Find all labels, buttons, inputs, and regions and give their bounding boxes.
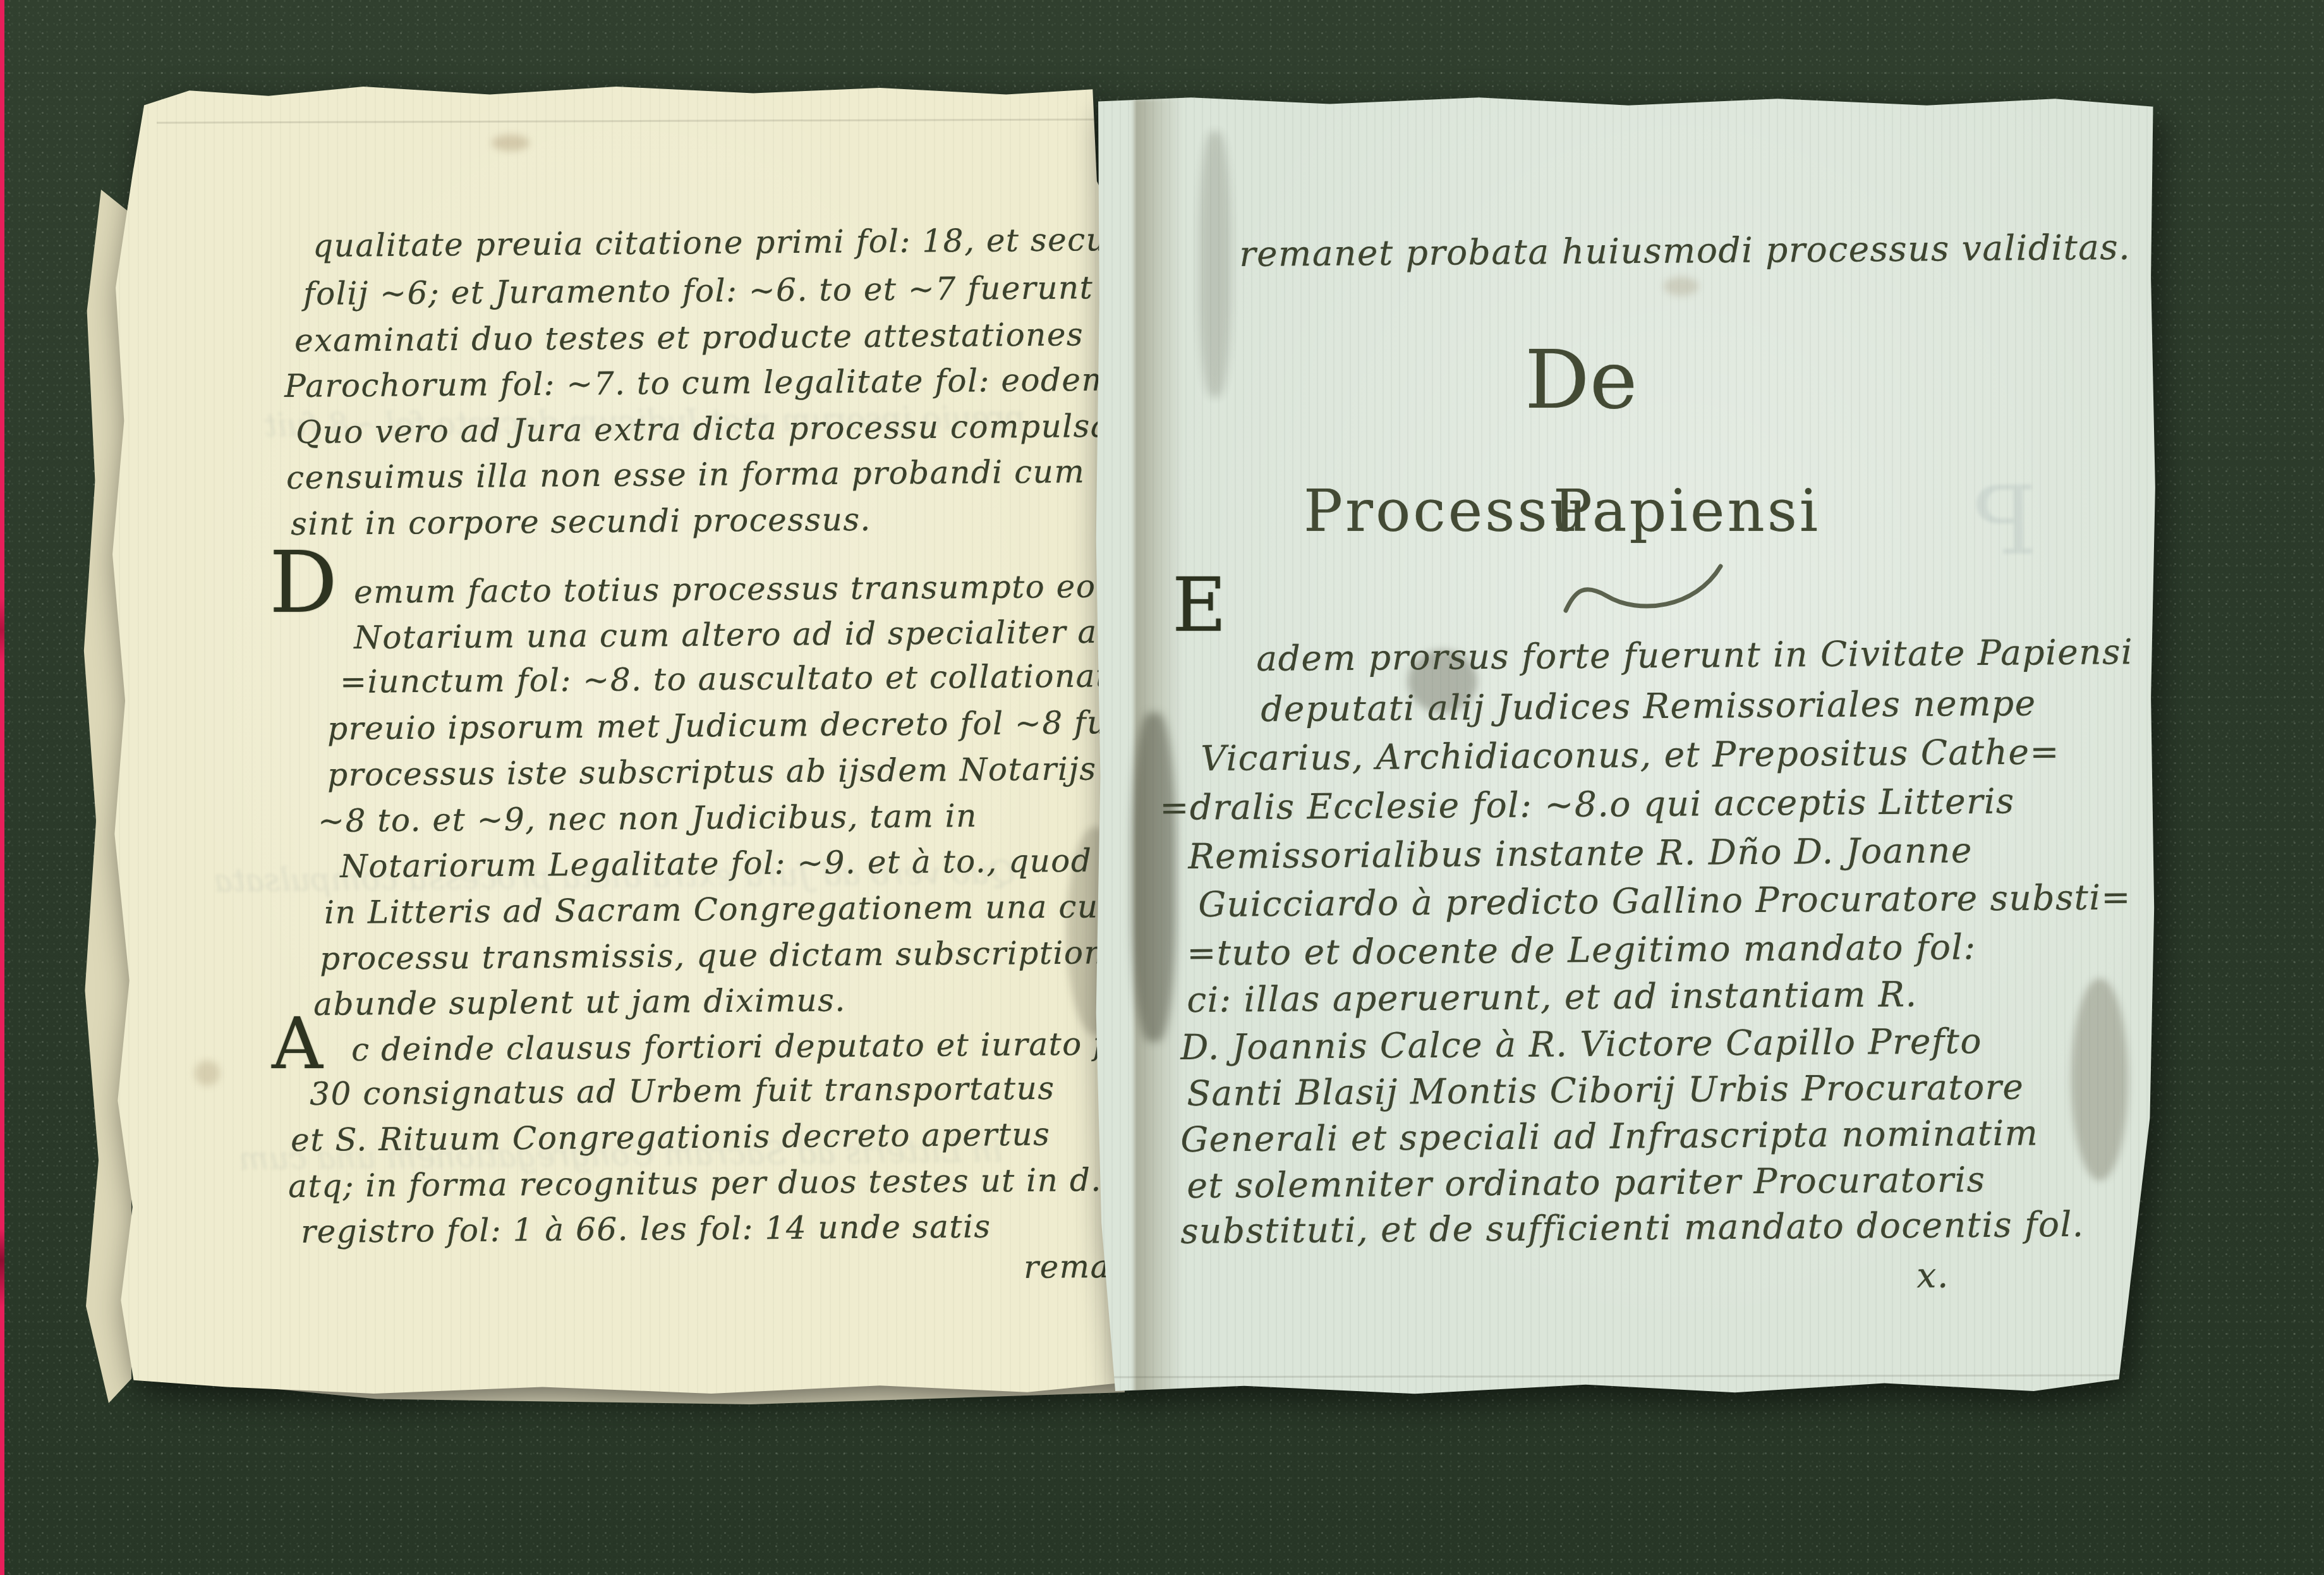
left-page: Quo vero ad Jura extra dicta processu co…	[100, 75, 1154, 1407]
title-de: De	[1525, 340, 1637, 421]
catchword: x.	[1916, 1255, 1949, 1296]
text-line: censuimus illa non esse in forma proband…	[286, 453, 1159, 496]
fox-spot	[1664, 277, 1698, 296]
text-line: Notarium una cum altero ad id specialite…	[354, 613, 1146, 656]
text-line: qualitate preuia citatione primi fol: 18…	[313, 221, 1161, 264]
text-line: =iunctum fol: ~8. to auscultato et colla…	[340, 657, 1129, 700]
text-line: examinati duo testes et producte attesta…	[294, 316, 1084, 359]
text-line: =tuto et docente de Legitimo mandato fol…	[1187, 927, 1976, 973]
text-line: D. Joannis Calce à R. Victore Capillo Pr…	[1180, 1021, 1982, 1067]
text-line: Parochorum fol: ~7. to cum legalitate fo…	[284, 362, 1123, 404]
edge-stain	[2071, 978, 2128, 1181]
papiensi-flourish-swash	[1563, 561, 1727, 618]
title-papiensi: Papiensi	[1553, 482, 1820, 540]
text-line: in Litteris ad Sacram Congregationem una…	[324, 888, 1130, 931]
show-through-ghost-letter: P	[1973, 466, 2038, 576]
text-line: Quo vero ad Jura extra dicta processu co…	[296, 407, 1144, 451]
left-page-top-crease	[157, 118, 1130, 123]
initial-capital-e: E	[1172, 568, 1226, 642]
text-line: Generali et speciali ad Infrascripta nom…	[1180, 1112, 2039, 1160]
right-page: P remanet probata huiusmodi processus va…	[1095, 94, 2162, 1407]
initial-capital-a: A	[272, 1009, 323, 1079]
text-line: =dralis Ecclesie fol: ~8.o qui acceptis …	[1159, 781, 2015, 828]
text-line: substituti, et de sufficienti mandato do…	[1180, 1204, 2085, 1251]
text-line: et S. Rituum Congregationis decreto aper…	[291, 1116, 1050, 1158]
fox-spot	[195, 1061, 220, 1086]
text-line: ~8 to. et ~9, nec non Judicibus, tam in	[318, 798, 977, 839]
title-processu: Processu	[1304, 482, 1590, 540]
gutter-grime-blotch	[1199, 131, 1231, 397]
text-line: Remissorialibus instante R. Dño D. Joann…	[1188, 830, 1973, 877]
text-line: atq; in forma recognitus per duos testes…	[288, 1162, 1102, 1205]
text-line: processu transmissis, que dictam subscri…	[320, 934, 1156, 977]
text-line: preuio ipsorum met Judicum decreto fol ~…	[327, 704, 1133, 747]
text-line: sint in corpore secundi processus.	[291, 501, 871, 542]
text-line: et solemniter ordinato pariter Procurato…	[1187, 1159, 1986, 1206]
text-line: deputati alij Judices Remissoriales nemp…	[1261, 683, 2037, 729]
text-line: Guicciardo à predicto Gallino Procurator…	[1198, 877, 2131, 925]
text-line: Notariorum Legalitate fol: ~9. et à to.,…	[340, 842, 1092, 885]
left-page-shadow-wrap: Quo vero ad Jura extra dicta processu co…	[100, 75, 1154, 1407]
text-line: ci: illas aperuerunt, et ad instantiam R…	[1187, 974, 1918, 1020]
initial-capital-d: D	[269, 540, 337, 625]
text-line: c deinde clausus fortiori deputato et iu…	[351, 1025, 1148, 1068]
right-page-shadow-wrap: P remanet probata huiusmodi processus va…	[1095, 94, 2162, 1407]
gutter-grime-blotch	[1132, 713, 1176, 1042]
text-line: emum facto totius processus transumpto e…	[354, 568, 1197, 611]
text-line: registro fol: 1 à 66. les fol: 14 unde s…	[301, 1208, 991, 1250]
fox-spot	[492, 135, 530, 151]
text-line: adem prorsus forte fuerunt in Civitate P…	[1256, 631, 2133, 679]
text-line: abunde suplent ut jam diximus.	[313, 982, 846, 1023]
text-line: folij ~6; et Juramento fol: ~6. to et ~7…	[303, 269, 1093, 312]
film-edge-stripe	[0, 0, 4, 1575]
text-line: processus iste subscriptus ab ijsdem Not…	[327, 750, 1151, 793]
text-line: Santi Blasij Montis Ciborij Urbis Procur…	[1187, 1067, 2024, 1114]
text-line: 30 consignatus ad Urbem fuit transportat…	[310, 1070, 1055, 1112]
manuscript-photo: Quo vero ad Jura extra dicta processu co…	[0, 0, 2324, 1575]
right-page-bottom-crease	[1114, 1375, 2125, 1378]
text-line: Vicarius, Archidiaconus, et Prepositus C…	[1201, 731, 2060, 779]
opening-line: remanet probata huiusmodi processus vali…	[1239, 227, 2131, 274]
